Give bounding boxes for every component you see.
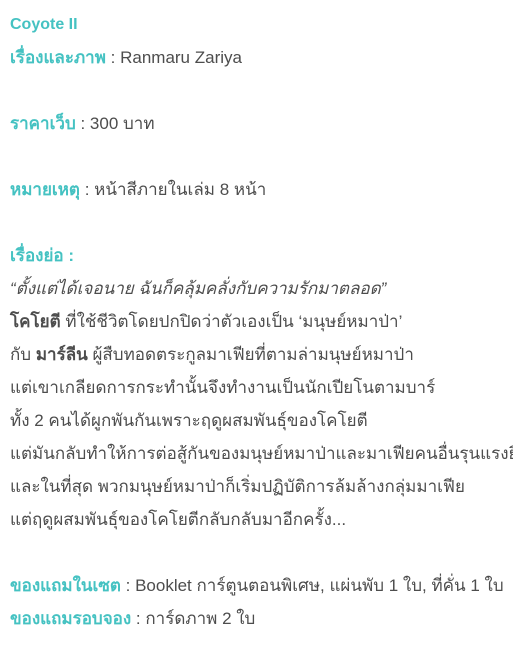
section-spacer <box>10 74 505 107</box>
synopsis-line: ทั้ง 2 คนได้ผูกพันกันเพราะฤดูผสมพันธุ์ขอ… <box>10 404 505 437</box>
synopsis-body: โคโยตี ที่ใช้ชีวิตโดยปกปิดว่าตัวเองเป็น … <box>10 305 505 536</box>
author-row: เรื่องและภาพ : Ranmaru Zariya <box>10 41 505 74</box>
synopsis-line: แต่เขาเกลียดการกระทำนั้นจึงทำงานเป็นนักเ… <box>10 371 505 404</box>
note-row: หมายเหตุ : หน้าสีภายในเล่ม 8 หน้า <box>10 173 505 206</box>
preorder-freebies-row: ของแถมรอบจอง : การ์ดภาพ 2 ใบ <box>10 602 505 635</box>
author-separator: : <box>106 48 120 67</box>
synopsis-line: และในที่สุด พวกมนุษย์หมาป่าก็เริ่มปฏิบัต… <box>10 470 505 503</box>
note-value: หน้าสีภายในเล่ม 8 หน้า <box>94 180 266 199</box>
synopsis-text-segment: แต่มันกลับทำให้การต่อสู้กันของมนุษย์หมาป… <box>10 444 513 463</box>
section-spacer <box>10 206 505 239</box>
synopsis-bold-segment: โคโยตี <box>10 312 61 331</box>
synopsis-text-segment: แต่เขาเกลียดการกระทำนั้นจึงทำงานเป็นนักเ… <box>10 378 435 397</box>
note-separator: : <box>80 180 94 199</box>
synopsis-line: กับ มาร์ลีน ผู้สืบทอดตระกูลมาเฟียที่ตามล… <box>10 338 505 371</box>
price-separator: : <box>76 114 90 133</box>
synopsis-quote: “ตั้งแต่ได้เจอนาย ฉันก็คลุ้มคลั่งกับความ… <box>10 272 505 305</box>
set-freebies-label: ของแถมในเซต <box>10 576 121 595</box>
synopsis-text-segment: ที่ใช้ชีวิตโดยปกปิดว่าตัวเองเป็น ‘มนุษย์… <box>61 312 403 331</box>
price-label: ราคาเว็บ <box>10 114 76 133</box>
page-title: Coyote II <box>10 8 505 41</box>
synopsis-text-segment: แต่ฤดูผสมพันธุ์ของโคโยตีกลับกลับมาอีกครั… <box>10 510 346 529</box>
section-spacer <box>10 536 505 569</box>
author-value: Ranmaru Zariya <box>120 48 242 67</box>
synopsis-line: แต่ฤดูผสมพันธุ์ของโคโยตีกลับกลับมาอีกครั… <box>10 503 505 536</box>
synopsis-heading: เรื่องย่อ : <box>10 239 505 272</box>
synopsis-bold-segment: มาร์ลีน <box>36 345 88 364</box>
preorder-freebies-label: ของแถมรอบจอง <box>10 609 131 628</box>
set-freebies-separator: : <box>121 576 135 595</box>
synopsis-text-segment: ผู้สืบทอดตระกูลมาเฟียที่ตามล่ามนุษย์หมาป… <box>88 345 414 364</box>
preorder-freebies-separator: : <box>131 609 145 628</box>
price-value: 300 บาท <box>90 114 155 133</box>
set-freebies-row: ของแถมในเซต : Booklet การ์ตูนตอนพิเศษ, แ… <box>10 569 505 602</box>
synopsis-line: แต่มันกลับทำให้การต่อสู้กันของมนุษย์หมาป… <box>10 437 505 470</box>
synopsis-line: โคโยตี ที่ใช้ชีวิตโดยปกปิดว่าตัวเองเป็น … <box>10 305 505 338</box>
author-label: เรื่องและภาพ <box>10 48 106 67</box>
synopsis-text-segment: กับ <box>10 345 36 364</box>
product-description-page: Coyote II เรื่องและภาพ : Ranmaru Zariya … <box>0 0 513 635</box>
set-freebies-value: Booklet การ์ตูนตอนพิเศษ, แผ่นพับ 1 ใบ, ท… <box>135 576 504 595</box>
price-row: ราคาเว็บ : 300 บาท <box>10 107 505 140</box>
synopsis-text-segment: และในที่สุด พวกมนุษย์หมาป่าก็เริ่มปฏิบัต… <box>10 477 465 496</box>
section-spacer <box>10 140 505 173</box>
note-label: หมายเหตุ <box>10 180 80 199</box>
preorder-freebies-value: การ์ดภาพ 2 ใบ <box>145 609 255 628</box>
synopsis-text-segment: ทั้ง 2 คนได้ผูกพันกันเพราะฤดูผสมพันธุ์ขอ… <box>10 411 368 430</box>
